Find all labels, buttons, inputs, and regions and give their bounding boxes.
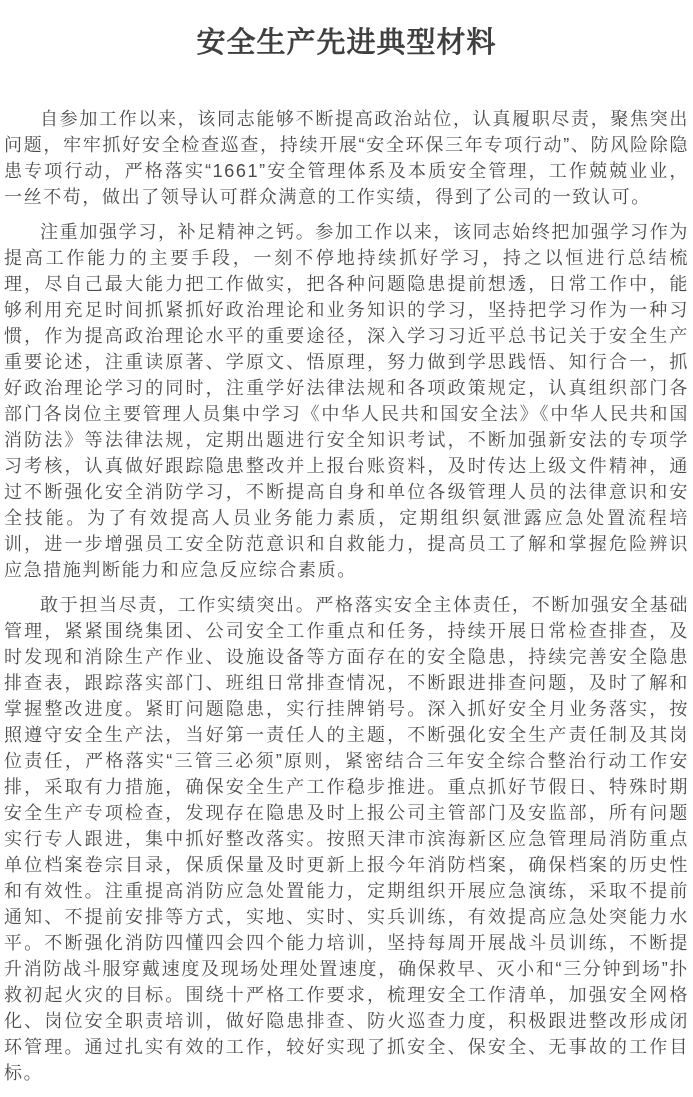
paragraph-responsibility: 敢于担当尽责，工作实绩突出。严格落实安全主体责任，不断加强安全基础管理，紧紧围绕… — [4, 592, 689, 1086]
paragraph-intro: 自参加工作以来，该同志能够不断提高政治站位，认真履职尽责，聚焦突出问题，牢牢抓好… — [4, 106, 689, 210]
document-title: 安全生产先进典型材料 — [4, 26, 689, 60]
paragraph-learning: 注重加强学习，补足精神之钙。参加工作以来，该同志始终把加强学习作为提高工作能力的… — [4, 219, 689, 583]
document-page: 安全生产先进典型材料 自参加工作以来，该同志能够不断提高政治站位，认真履职尽责，… — [0, 0, 693, 1094]
